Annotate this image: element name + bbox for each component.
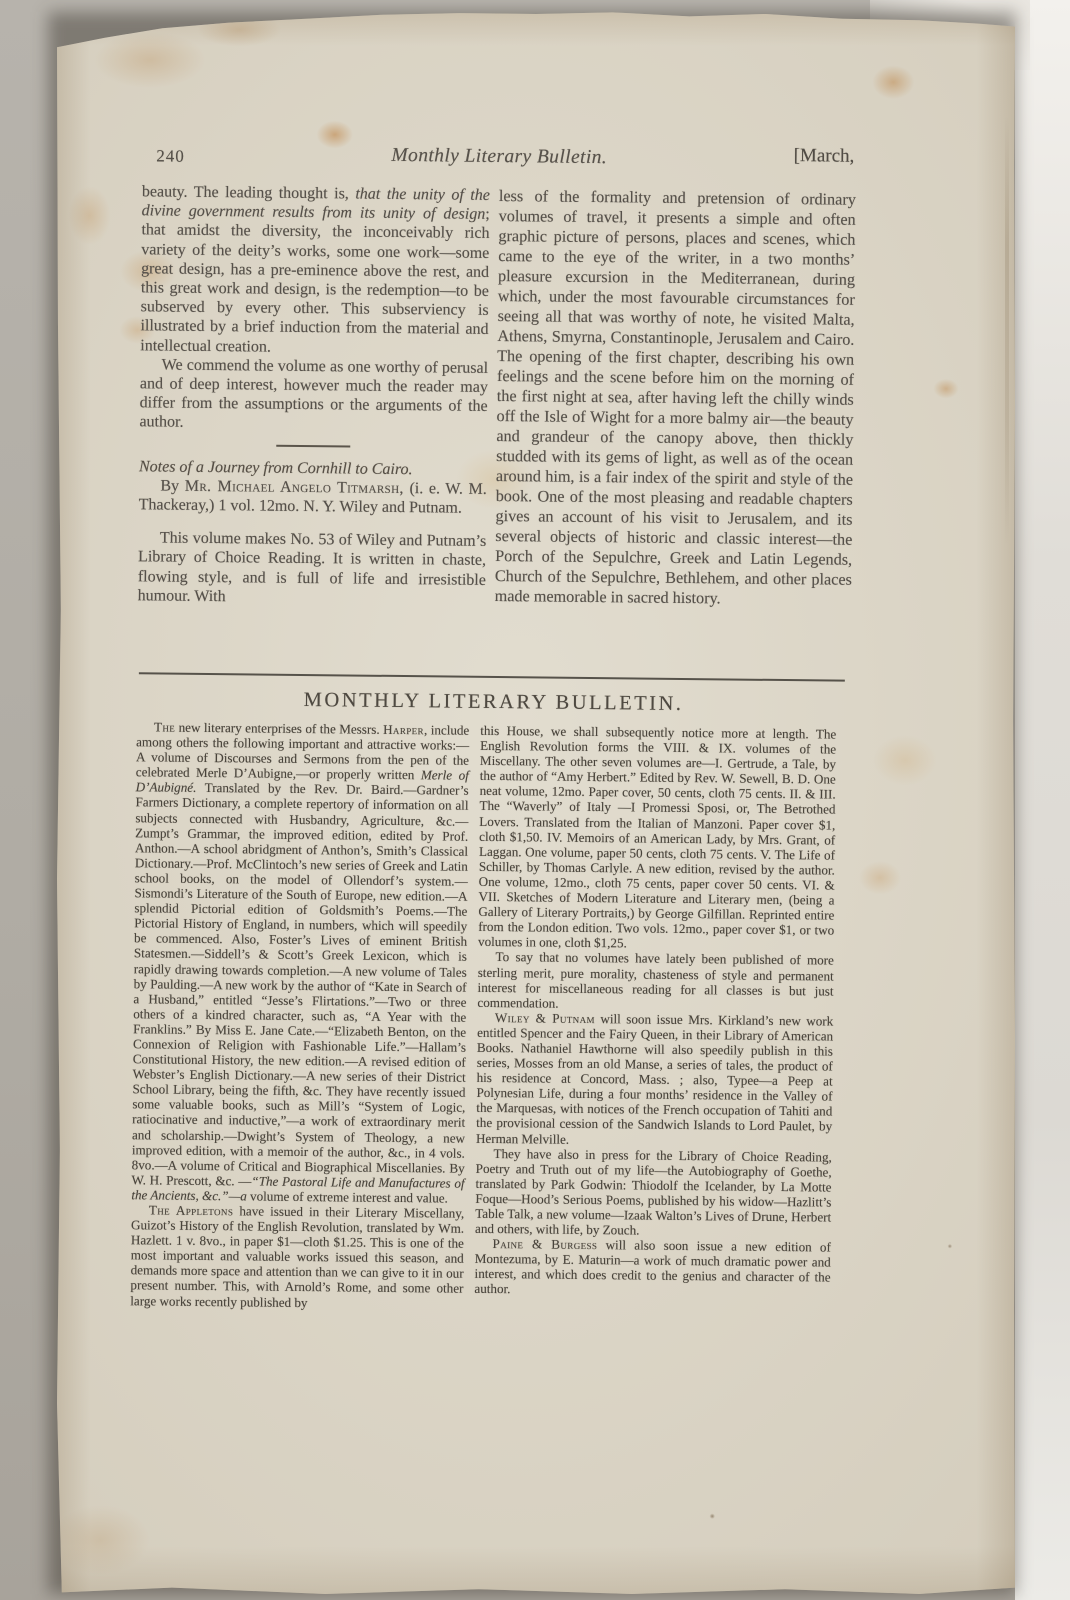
bulletin-heading: MONTHLY LITERARY BULLETIN. [136,687,850,717]
review-section: beauty. The leading thought is, that the… [138,182,856,613]
review-right-paragraph: less of the formality and pretension of … [495,186,856,610]
text-run: By [160,477,184,494]
text-run: have issued in their Literary Miscellany… [130,1203,464,1309]
text-run: Translated by the Rev. Dr. Baird.—Gardne… [131,780,468,1188]
review-left-column: beauty. The leading thought is, that the… [138,182,490,609]
bulletin-paragraph-commendation: To say that no volumes have lately been … [477,949,834,1013]
text-run-smallcaps: Wiley & Putnam [495,1010,595,1026]
review-right-column: less of the formality and pretension of … [495,186,856,613]
text-run-smallcaps: Mr. Michael Angelo Titmarsh, [185,478,404,497]
running-title: Monthly Literary Bulletin. [142,142,856,171]
text-run: will soon issue Mrs. Kirkland’s new work… [476,1011,833,1146]
text-run: beauty. The leading thought is, [142,183,356,202]
text-run: ; that amidst the diversity, the inconce… [140,206,490,355]
bulletin-section: The new literary enterprises of the Mess… [130,719,850,1315]
bulletin-paragraph-appletons: The Appletons have issued in their Liter… [130,1202,464,1311]
paper-crease [1005,116,1009,546]
book-byline: By Mr. Michael Angelo Titmarsh, (i. e. W… [139,476,487,518]
review-paragraph-2: We commend the volume as one worthy of p… [139,355,488,435]
text-run-smallcaps: Harper [383,722,424,737]
printed-page-content: 240 Monthly Literary Bulletin. [March, b… [129,138,857,1475]
bulletin-paragraph-harper: The new literary enterprises of the Mess… [131,719,469,1205]
review-paragraph-3: This volume makes No. 53 of Wiley and Pu… [138,529,487,609]
short-divider-rule [276,444,350,447]
text-run-smallcaps: The Appletons [149,1202,234,1218]
bulletin-left-column: The new literary enterprises of the Mess… [130,719,469,1311]
bulletin-paragraph-wiley-putnam: Wiley & Putnam will soon issue Mrs. Kirk… [476,1010,833,1150]
text-run-smallcaps: Paine & Burgess [493,1236,598,1252]
bulletin-right-column: this House, we shall subsequently notice… [474,723,836,1315]
text-run-smallcaps: The [154,719,175,734]
bulletin-paragraph-in-press: They have also in press for the Library … [475,1145,832,1239]
bulletin-paragraph-continuation: this House, we shall subsequently notice… [478,723,836,953]
review-paragraph-1: beauty. The leading thought is, that the… [140,182,490,358]
page-header: 240 Monthly Literary Bulletin. [March, [142,138,856,175]
bulletin-paragraph-paine-burgess: Paine & Burgess will also soon issue a n… [474,1236,831,1300]
photo-background-right-strip [1015,0,1070,1600]
section-divider-rule [139,672,845,681]
month-label: [March, [794,145,855,168]
scanned-page-photo: { "page": { "number": "240", "running_ti… [0,0,1070,1600]
